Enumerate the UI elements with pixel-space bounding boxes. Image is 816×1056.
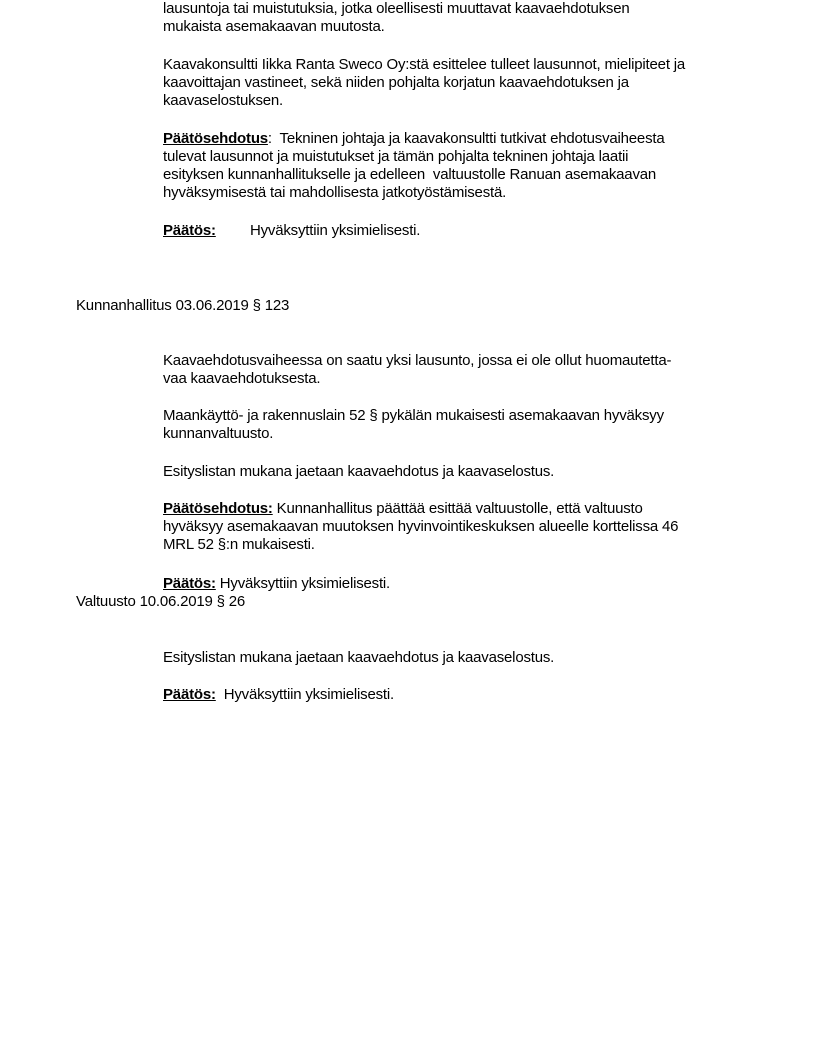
proposal-text: Tekninen johtaja ja kaavakonsultti tutki…: [272, 130, 665, 147]
s1-proposal-line-3: esityksen kunnanhallitukselle ja edellee…: [163, 166, 656, 184]
s2-proposal-line-2: hyväksyy asemakaavan muutoksen hyvinvoin…: [163, 518, 678, 536]
s1-p1-line-1: lausuntoja tai muistutuksia, jotka oleel…: [163, 0, 630, 18]
s3-p1: Esityslistan mukana jaetaan kaavaehdotus…: [163, 649, 554, 667]
decision-label: Päätös:: [163, 222, 216, 239]
decision-label: Päätös:: [163, 686, 216, 703]
s2-p1-line-2: vaa kaavaehdotuksesta.: [163, 370, 320, 388]
s1-p2-line-2: kaavoittajan vastineet, sekä niiden pohj…: [163, 74, 629, 92]
s1-p2-line-1: Kaavakonsultti Iikka Ranta Sweco Oy:stä …: [163, 56, 685, 74]
decision-label: Päätös:: [163, 575, 216, 592]
s2-decision: Päätös: Hyväksyttiin yksimielisesti.: [163, 575, 390, 593]
s2-p3: Esityslistan mukana jaetaan kaavaehdotus…: [163, 463, 554, 481]
s3-decision: Päätös: Hyväksyttiin yksimielisesti.: [163, 686, 394, 704]
s2-heading: Kunnanhallitus 03.06.2019 § 123: [76, 297, 289, 315]
decision-text: Hyväksyttiin yksimielisesti.: [216, 575, 390, 592]
s1-proposal-line-2: tulevat lausunnot ja muistutukset ja täm…: [163, 148, 628, 166]
s2-p2-line-2: kunnanvaltuusto.: [163, 425, 273, 443]
s2-proposal-line-1: Päätösehdotus: Kunnanhallitus päättää es…: [163, 500, 643, 518]
proposal-label: Päätösehdotus: [163, 130, 268, 147]
s1-decision: Päätös:Hyväksyttiin yksimielisesti.: [163, 222, 216, 240]
decision-text: Hyväksyttiin yksimielisesti.: [250, 222, 420, 240]
s1-p1-line-2: mukaista asemakaavan muutosta.: [163, 18, 385, 36]
s2-proposal-line-3: MRL 52 §:n mukaisesti.: [163, 536, 315, 554]
s1-p2-line-3: kaavaselostuksen.: [163, 92, 283, 110]
s3-heading: Valtuusto 10.06.2019 § 26: [76, 593, 245, 611]
decision-text: Hyväksyttiin yksimielisesti.: [216, 686, 394, 703]
s2-p1-line-1: Kaavaehdotusvaiheessa on saatu yksi laus…: [163, 352, 671, 370]
proposal-text: Kunnanhallitus päättää esittää valtuusto…: [273, 500, 643, 517]
s2-p2-line-1: Maankäyttö- ja rakennuslain 52 § pykälän…: [163, 407, 664, 425]
s1-proposal-line-4: hyväksymisestä tai mahdollisesta jatkoty…: [163, 184, 506, 202]
proposal-label: Päätösehdotus:: [163, 500, 273, 517]
s1-proposal-line-1: Päätösehdotus: Tekninen johtaja ja kaava…: [163, 130, 664, 148]
